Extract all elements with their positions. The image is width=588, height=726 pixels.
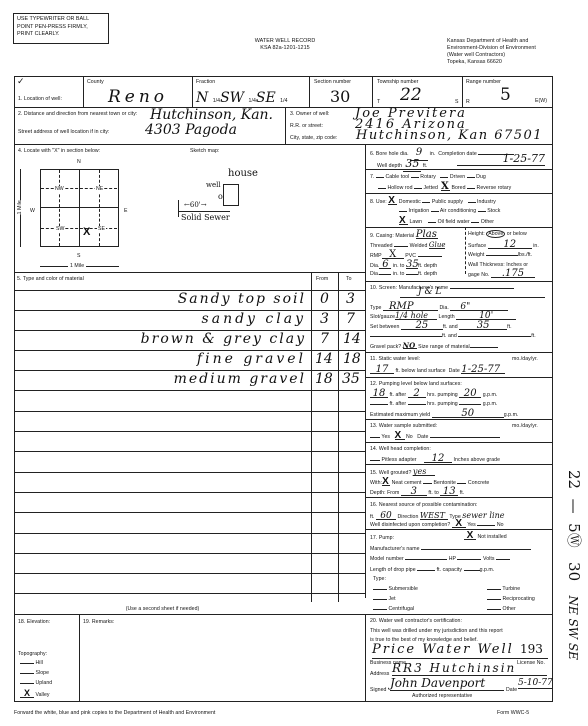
cert-date-value[interactable]: 5-10-77: [518, 678, 553, 689]
length-value[interactable]: 10': [456, 313, 516, 320]
date-hint: mo./day/yr.: [512, 423, 538, 430]
sample-row: Yes X No Date: [370, 433, 500, 441]
street-label: Street address of well location if in ci…: [18, 129, 110, 136]
range-label: Range number: [466, 79, 501, 86]
drop-pipe-row: Length of drop pipe ft. capacity g.p.m.: [370, 567, 494, 574]
pumping-level-value[interactable]: 18: [370, 391, 388, 398]
pumping-hours-value[interactable]: 2: [408, 391, 426, 398]
pump-type-jet[interactable]: Jet: [373, 596, 396, 603]
certification-text: This well was drilled under my jurisdict…: [370, 628, 503, 635]
range-value[interactable]: 5: [500, 85, 511, 105]
contamination-label: 16. Nearest source of possible contamina…: [370, 502, 478, 509]
date-hint: mo./day/yr.: [512, 356, 538, 363]
compass-west: W: [30, 208, 35, 215]
screen-type-value[interactable]: RMP: [383, 303, 438, 311]
from-value[interactable]: 7: [320, 331, 329, 347]
township-prefix: T: [377, 99, 380, 106]
fraction-part: SW: [220, 90, 244, 106]
disinfected-row: Well disinfected upon completion? X Yes …: [370, 521, 504, 529]
form-title: WATER WELL RECORD: [240, 38, 330, 45]
grout-from-value[interactable]: 3: [401, 489, 427, 496]
surface-value[interactable]: 12: [488, 242, 532, 249]
sketch-sewer-label: Solid Sewer: [181, 213, 230, 222]
agency-block: Kansas Department of Health and Environm…: [447, 38, 587, 67]
compass-south: S: [77, 253, 81, 260]
pump-type-turbine[interactable]: Turbine: [487, 586, 520, 593]
to-value[interactable]: 3: [346, 291, 355, 307]
signature[interactable]: John Davenport: [390, 676, 504, 691]
from-value[interactable]: 14: [315, 351, 333, 367]
from-value[interactable]: 3: [320, 311, 329, 327]
grout-material-row: With:X Neat cement Bentonite Concrete: [370, 479, 489, 487]
section-label: Section number: [314, 79, 351, 86]
sketch-well-marker: o: [218, 192, 223, 201]
use-row-2: Irrigation Air conditioning Stock: [399, 208, 500, 215]
rmp-check[interactable]: X: [382, 252, 404, 259]
welded-value[interactable]: Glue: [429, 242, 445, 249]
sketch-distance: ←60'→: [184, 201, 207, 209]
disinfected-yes-check[interactable]: X: [452, 521, 466, 528]
sketch-house-label: house: [228, 168, 258, 179]
topography-label: Topography:: [18, 651, 47, 658]
screen-row-4: Set between 25ft. and 35ft.: [370, 323, 512, 331]
pumping-level-label: 12. Pumping level below land surfaces:: [370, 381, 462, 388]
second-sheet-note: (Use a second sheet if needed): [14, 606, 311, 613]
slot-value[interactable]: 1/4 hole: [395, 313, 437, 320]
above-circled[interactable]: Above: [486, 230, 505, 238]
quadrant-label: SE: [97, 226, 106, 233]
contamination-direction-value[interactable]: WEST: [420, 513, 448, 520]
lawn-check[interactable]: X: [399, 218, 408, 225]
mile-vertical-label: 1 Mile: [17, 200, 24, 214]
casing-row-1: 9. Casing: Material Plas: [370, 231, 438, 240]
grouted-row: 15. Well grouted? yes: [370, 469, 435, 477]
gravel-value[interactable]: NO: [403, 343, 417, 349]
contamination-type-value[interactable]: sewer line: [462, 511, 504, 520]
owner-city-label: City, state, zip code:: [290, 135, 337, 142]
margin-annotation: 22 — 5Ⓦ 30 NE SW SE: [564, 470, 585, 660]
height-row: Height: Above or below: [468, 231, 527, 238]
location-x-mark: X: [83, 226, 90, 238]
topo-hill[interactable]: Hill: [20, 660, 43, 667]
from-value[interactable]: 0: [320, 291, 329, 307]
screen-row-3: Slot/gauze1/4 hole Length 10': [370, 313, 516, 321]
mile-horizontal-label: 1 Mile: [68, 263, 86, 270]
agency-line: (Water well Contractors): [447, 52, 587, 59]
gravel-row: Gravel pack? NO Size range of material: [370, 343, 498, 351]
pump-type-reciprocating[interactable]: Reciprocating: [487, 596, 535, 603]
method-row-2: Hollow rod Jetted X Bored Reverse rotary: [378, 184, 511, 192]
not-installed-row: X Not installed: [464, 533, 507, 541]
instruction-line: PRINT CLEARLY.: [17, 31, 105, 39]
sample-no-check[interactable]: X: [395, 433, 405, 440]
distance-label: 2. Distance and direction from nearest t…: [18, 111, 137, 118]
static-level-value[interactable]: 17: [370, 367, 394, 374]
use-row-1: 8. Use: X Domestic Public supply Industr…: [370, 198, 496, 206]
signed-label: Signed: [370, 687, 386, 694]
pumping-gpm-value[interactable]: 20: [459, 391, 481, 398]
sample-label: 13. Water sample submitted:: [370, 423, 437, 430]
use-row-3: X Lawn Oil field water Other: [399, 218, 494, 226]
address-label: Address: [370, 671, 389, 678]
fraction-label: Fraction: [196, 79, 215, 86]
agency-line: Environment-Division of Environment: [447, 45, 587, 52]
static-level-label: 11. Static water level:: [370, 356, 420, 363]
screen-row-5: ft. and ft.: [370, 333, 536, 340]
neat-cement-check[interactable]: X: [382, 479, 390, 486]
grout-depth-row: Depth: From 3 ft. to 13 ft.: [370, 489, 464, 497]
county-value[interactable]: Reno: [108, 87, 168, 107]
forward-note: Forward the white, blue and pink copies …: [14, 710, 215, 717]
quarter-label: 1/4: [249, 98, 256, 104]
pump-type-other[interactable]: Other: [487, 606, 516, 613]
sketch-house: [223, 184, 239, 206]
pump-type-label: Type:: [373, 576, 386, 583]
cert-date-label: Date: [506, 687, 517, 694]
to-value[interactable]: 14: [343, 331, 361, 347]
license-value[interactable]: 193: [520, 642, 543, 656]
max-yield-row: Estimated maximum yield 50g.p.m.: [370, 411, 518, 419]
screen-manufacturer-value[interactable]: J & L: [400, 287, 545, 298]
instruction-line: USE TYPEWRITER OR BALL: [17, 16, 105, 24]
location-label: 1. Location of well:: [18, 96, 62, 103]
fraction-part: SE: [256, 90, 276, 106]
to-value[interactable]: 18: [343, 351, 361, 367]
instruction-box: USE TYPEWRITER OR BALL POINT PEN-PRESS F…: [13, 13, 109, 44]
dia-value[interactable]: 6: [379, 262, 391, 269]
pump-type-centrifugal[interactable]: Centrifugal: [373, 606, 414, 613]
township-value[interactable]: 22: [400, 85, 422, 105]
well-head-label: 14. Well head completion:: [370, 446, 431, 453]
to-header: To: [346, 276, 352, 283]
topo-slope[interactable]: Slope: [20, 670, 49, 677]
well-head-row: Pitless adapter 12 Inches above grade: [370, 456, 500, 464]
check-mark: ✓: [17, 76, 25, 87]
authorized-label: Authorized representative: [412, 693, 472, 700]
topo-upland[interactable]: Upland: [20, 680, 52, 687]
topo-valley[interactable]: X Valley: [20, 690, 50, 699]
to-value[interactable]: 35: [342, 371, 360, 387]
county-label: County: [87, 79, 104, 86]
fraction-part: N: [196, 90, 208, 106]
set-from-value[interactable]: 25: [401, 323, 443, 330]
contamination-row: ft. 60 Direction WEST Type sewer line: [370, 511, 505, 521]
owner-street-label: R.R. or street:: [290, 123, 323, 130]
not-installed-check[interactable]: X: [464, 533, 476, 540]
pump-type-submersible[interactable]: Submersible: [373, 586, 418, 593]
certification-label: 20. Water well contractor's certificatio…: [370, 618, 462, 625]
remarks-label: 19. Remarks:: [83, 619, 114, 626]
statute: KSA 82a-1201-1215: [240, 45, 330, 52]
range-suffix: E(W): [535, 98, 547, 105]
margin-quarters: NE SW SE: [566, 595, 580, 659]
quadrant-label: NE: [95, 186, 104, 193]
form-number: Form WWC-5: [497, 710, 529, 717]
township-suffix: S: [455, 99, 459, 106]
bored-check[interactable]: X: [441, 184, 450, 191]
quarter-label: 1/4: [280, 98, 287, 104]
well-head-inches-value[interactable]: 12: [424, 456, 452, 463]
instruction-line: POINT PEN-PRESS FIRMLY,: [17, 24, 105, 32]
distance-value[interactable]: Hutchinson, Kan.: [150, 107, 273, 123]
pumping-row-1: 18 ft. after 2 hrs. pumping 20 g.p.m.: [370, 391, 497, 399]
compass-east: E: [124, 208, 128, 215]
pump-manufacturer-row: Manufacturer's name: [370, 546, 531, 553]
sketch-well-label: well: [206, 181, 221, 189]
margin-range: 5: [565, 523, 583, 533]
quadrant-label: SW: [55, 226, 65, 233]
margin-township: 22: [565, 470, 583, 489]
locate-label: 4. Locate with "X" in section below:: [18, 148, 100, 155]
static-date-value[interactable]: 1-25-77: [461, 367, 505, 374]
max-yield-value[interactable]: 50: [432, 411, 504, 418]
method-row-1: 7. Cable tool Rotary Driven Dug: [370, 174, 486, 181]
pump-model-row: Model number HP Volts: [370, 556, 510, 563]
quarter-label: 1/4: [213, 98, 220, 104]
form-title-block: WATER WELL RECORD KSA 82a-1201-1215: [240, 38, 330, 52]
weight-row: Weight lbs./ft.: [468, 252, 532, 259]
quadrant-label: NW: [54, 186, 65, 193]
margin-section: 30: [565, 562, 583, 581]
address-value[interactable]: RR3 Hutchinsin: [392, 661, 547, 676]
completion-date-value[interactable]: 1-25-77: [457, 152, 545, 166]
from-value[interactable]: 18: [315, 371, 333, 387]
grout-to-value[interactable]: 13: [440, 489, 458, 496]
material-row[interactable]: medium gravel: [174, 371, 306, 387]
casing-row-5: Dia. in. to ft. depth: [370, 271, 437, 278]
grouted-value[interactable]: yes: [413, 469, 435, 476]
pumping-row-2: ft. after hrs. pumping g.p.m.: [370, 401, 497, 408]
casing-depth-value[interactable]: 35: [406, 262, 418, 269]
agency-line: Topeka, Kansas 66620: [447, 59, 587, 66]
from-header: From: [316, 276, 328, 283]
compass-north: N: [77, 159, 81, 166]
range-prefix: R: [466, 99, 470, 106]
casing-material-value[interactable]: Plas: [416, 231, 438, 239]
screen-dia-value[interactable]: 6": [450, 304, 508, 311]
sketch-label: Sketch map:: [190, 148, 219, 155]
to-value[interactable]: 7: [346, 311, 355, 327]
static-level-row: 17 ft. below land surface Date 1-25-77: [370, 367, 505, 375]
pump-label: 17. Pump:: [370, 535, 394, 542]
set-to-value[interactable]: 35: [459, 323, 507, 330]
material-row[interactable]: fine gravel: [197, 351, 306, 367]
gage-value[interactable]: .175: [491, 271, 535, 278]
material-label: 5. Type and color of material: [17, 276, 84, 283]
owner-city-value[interactable]: Hutchinson, Kan 67501: [356, 128, 543, 143]
elevation-label: 18. Elevation:: [18, 619, 50, 626]
contamination-distance-value[interactable]: 60: [376, 513, 396, 520]
casing-row-4: Dia.6 in. to 35ft. depth: [370, 262, 437, 270]
agency-line: Kansas Department of Health and: [447, 38, 587, 45]
surface-row: Surface 12 in.: [468, 242, 539, 250]
owner-label: 3. Owner of well:: [290, 111, 329, 118]
material-row[interactable]: Sandy top soil: [178, 291, 306, 307]
fraction-value[interactable]: N 1/4SW 1/4SE 1/4: [196, 89, 288, 107]
gage-row: gage No. .175: [468, 271, 535, 279]
section-value[interactable]: 30: [330, 87, 350, 106]
material-row[interactable]: sandy clay: [202, 311, 306, 327]
domestic-check[interactable]: X: [388, 198, 397, 205]
casing-row-2: Threaded Welded Glue: [370, 242, 445, 250]
material-row[interactable]: brown & grey clay: [141, 331, 306, 347]
street-value[interactable]: 4303 Pagoda: [145, 122, 237, 138]
